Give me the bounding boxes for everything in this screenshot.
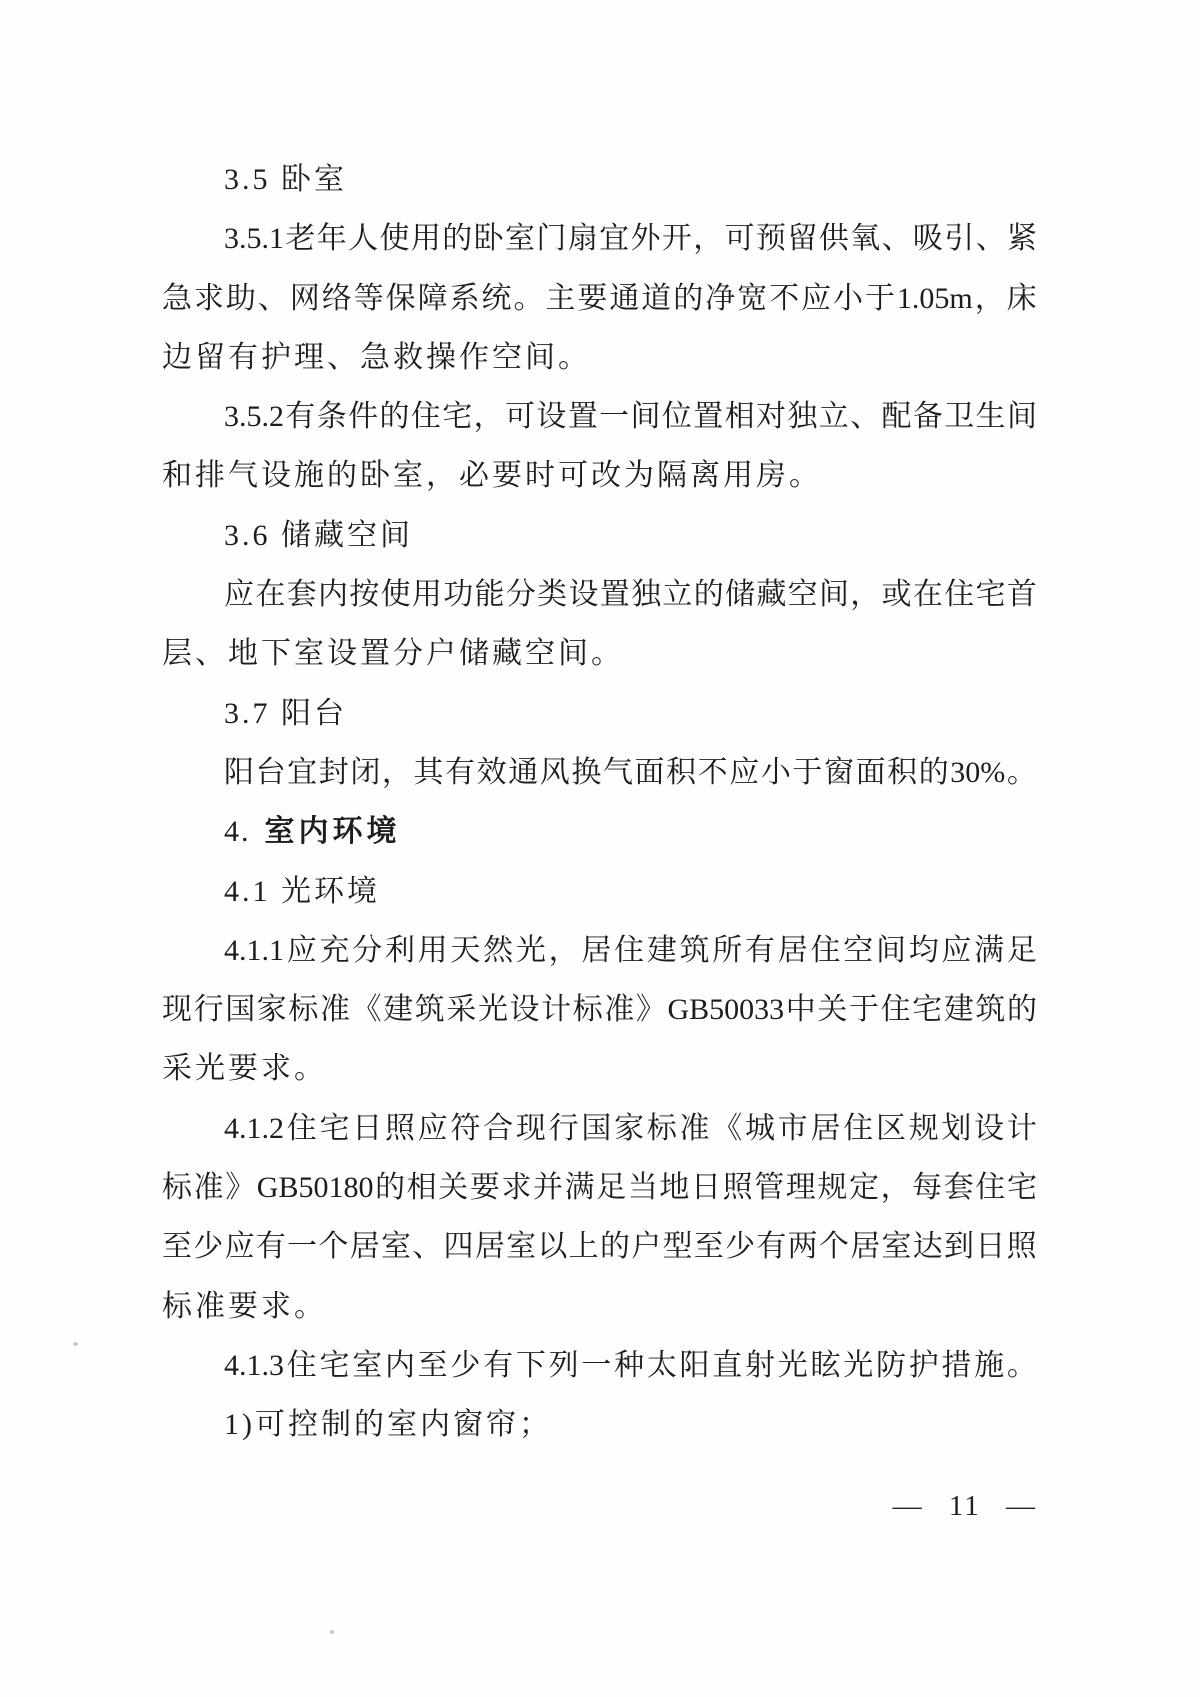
chapter-title: 室内环境 (265, 815, 401, 848)
body-text-line: 和排气设施的卧室，必要时可改为隔离用房。 (162, 446, 1037, 505)
body-text-line: 3.5.2有条件的住宅，可设置一间位置相对独立、配备卫生间 (162, 387, 1037, 446)
body-text-line: 边留有护理、急救操作空间。 (162, 328, 1037, 387)
section-heading-line: 3.5 卧室 (162, 150, 1037, 209)
body-text-line: 至少应有一个居室、四居室以上的户型至少有两个居室达到日照 (162, 1217, 1037, 1276)
body-text-line: 层、地下室设置分户储藏空间。 (162, 624, 1037, 683)
document-page: 3.5 卧室3.5.1老年人使用的卧室门扇宜外开，可预留供氧、吸引、紧急求助、网… (0, 0, 1200, 1697)
scan-speck-bottom (330, 1630, 334, 1634)
body-text-line: 急求助、网络等保障系统。主要通道的净宽不应小于1.05m，床 (162, 269, 1037, 328)
section-heading-line: 3.6 储藏空间 (162, 506, 1037, 565)
body-text-line: 应在套内按使用功能分类设置独立的储藏空间，或在住宅首 (162, 565, 1037, 624)
body-text-line: 4.1.1应充分利用天然光，居住建筑所有居住空间均应满足 (162, 921, 1037, 980)
body-text-line: 现行国家标准《建筑采光设计标准》GB50033中关于住宅建筑的 (162, 980, 1037, 1039)
body-text-line: 4.1.3住宅室内至少有下列一种太阳直射光眩光防护措施。 (162, 1336, 1037, 1395)
body-text-line: 阳台宜封闭，其有效通风换气面积不应小于窗面积的30%。 (162, 743, 1037, 802)
list-item-line: 1)可控制的室内窗帘； (162, 1395, 1037, 1454)
body-text-line: 标准要求。 (162, 1277, 1037, 1336)
body-text-line: 3.5.1老年人使用的卧室门扇宜外开，可预留供氧、吸引、紧 (162, 209, 1037, 268)
scan-speck-left (73, 1342, 78, 1346)
page-content: 3.5 卧室3.5.1老年人使用的卧室门扇宜外开，可预留供氧、吸引、紧急求助、网… (162, 150, 1037, 1455)
chapter-heading-line: 4.室内环境 (162, 802, 1037, 861)
body-text-line: 标准》GB50180的相关要求并满足当地日照管理规定，每套住宅 (162, 1158, 1037, 1217)
body-text-line: 4.1.2住宅日照应符合现行国家标准《城市居住区规划设计 (162, 1099, 1037, 1158)
page-number: — 11 — (893, 1486, 1037, 1526)
section-heading-line: 3.7 阳台 (162, 684, 1037, 743)
body-text-line: 采光要求。 (162, 1039, 1037, 1098)
chapter-number: 4. (224, 815, 251, 848)
section-heading-line: 4.1 光环境 (162, 862, 1037, 921)
